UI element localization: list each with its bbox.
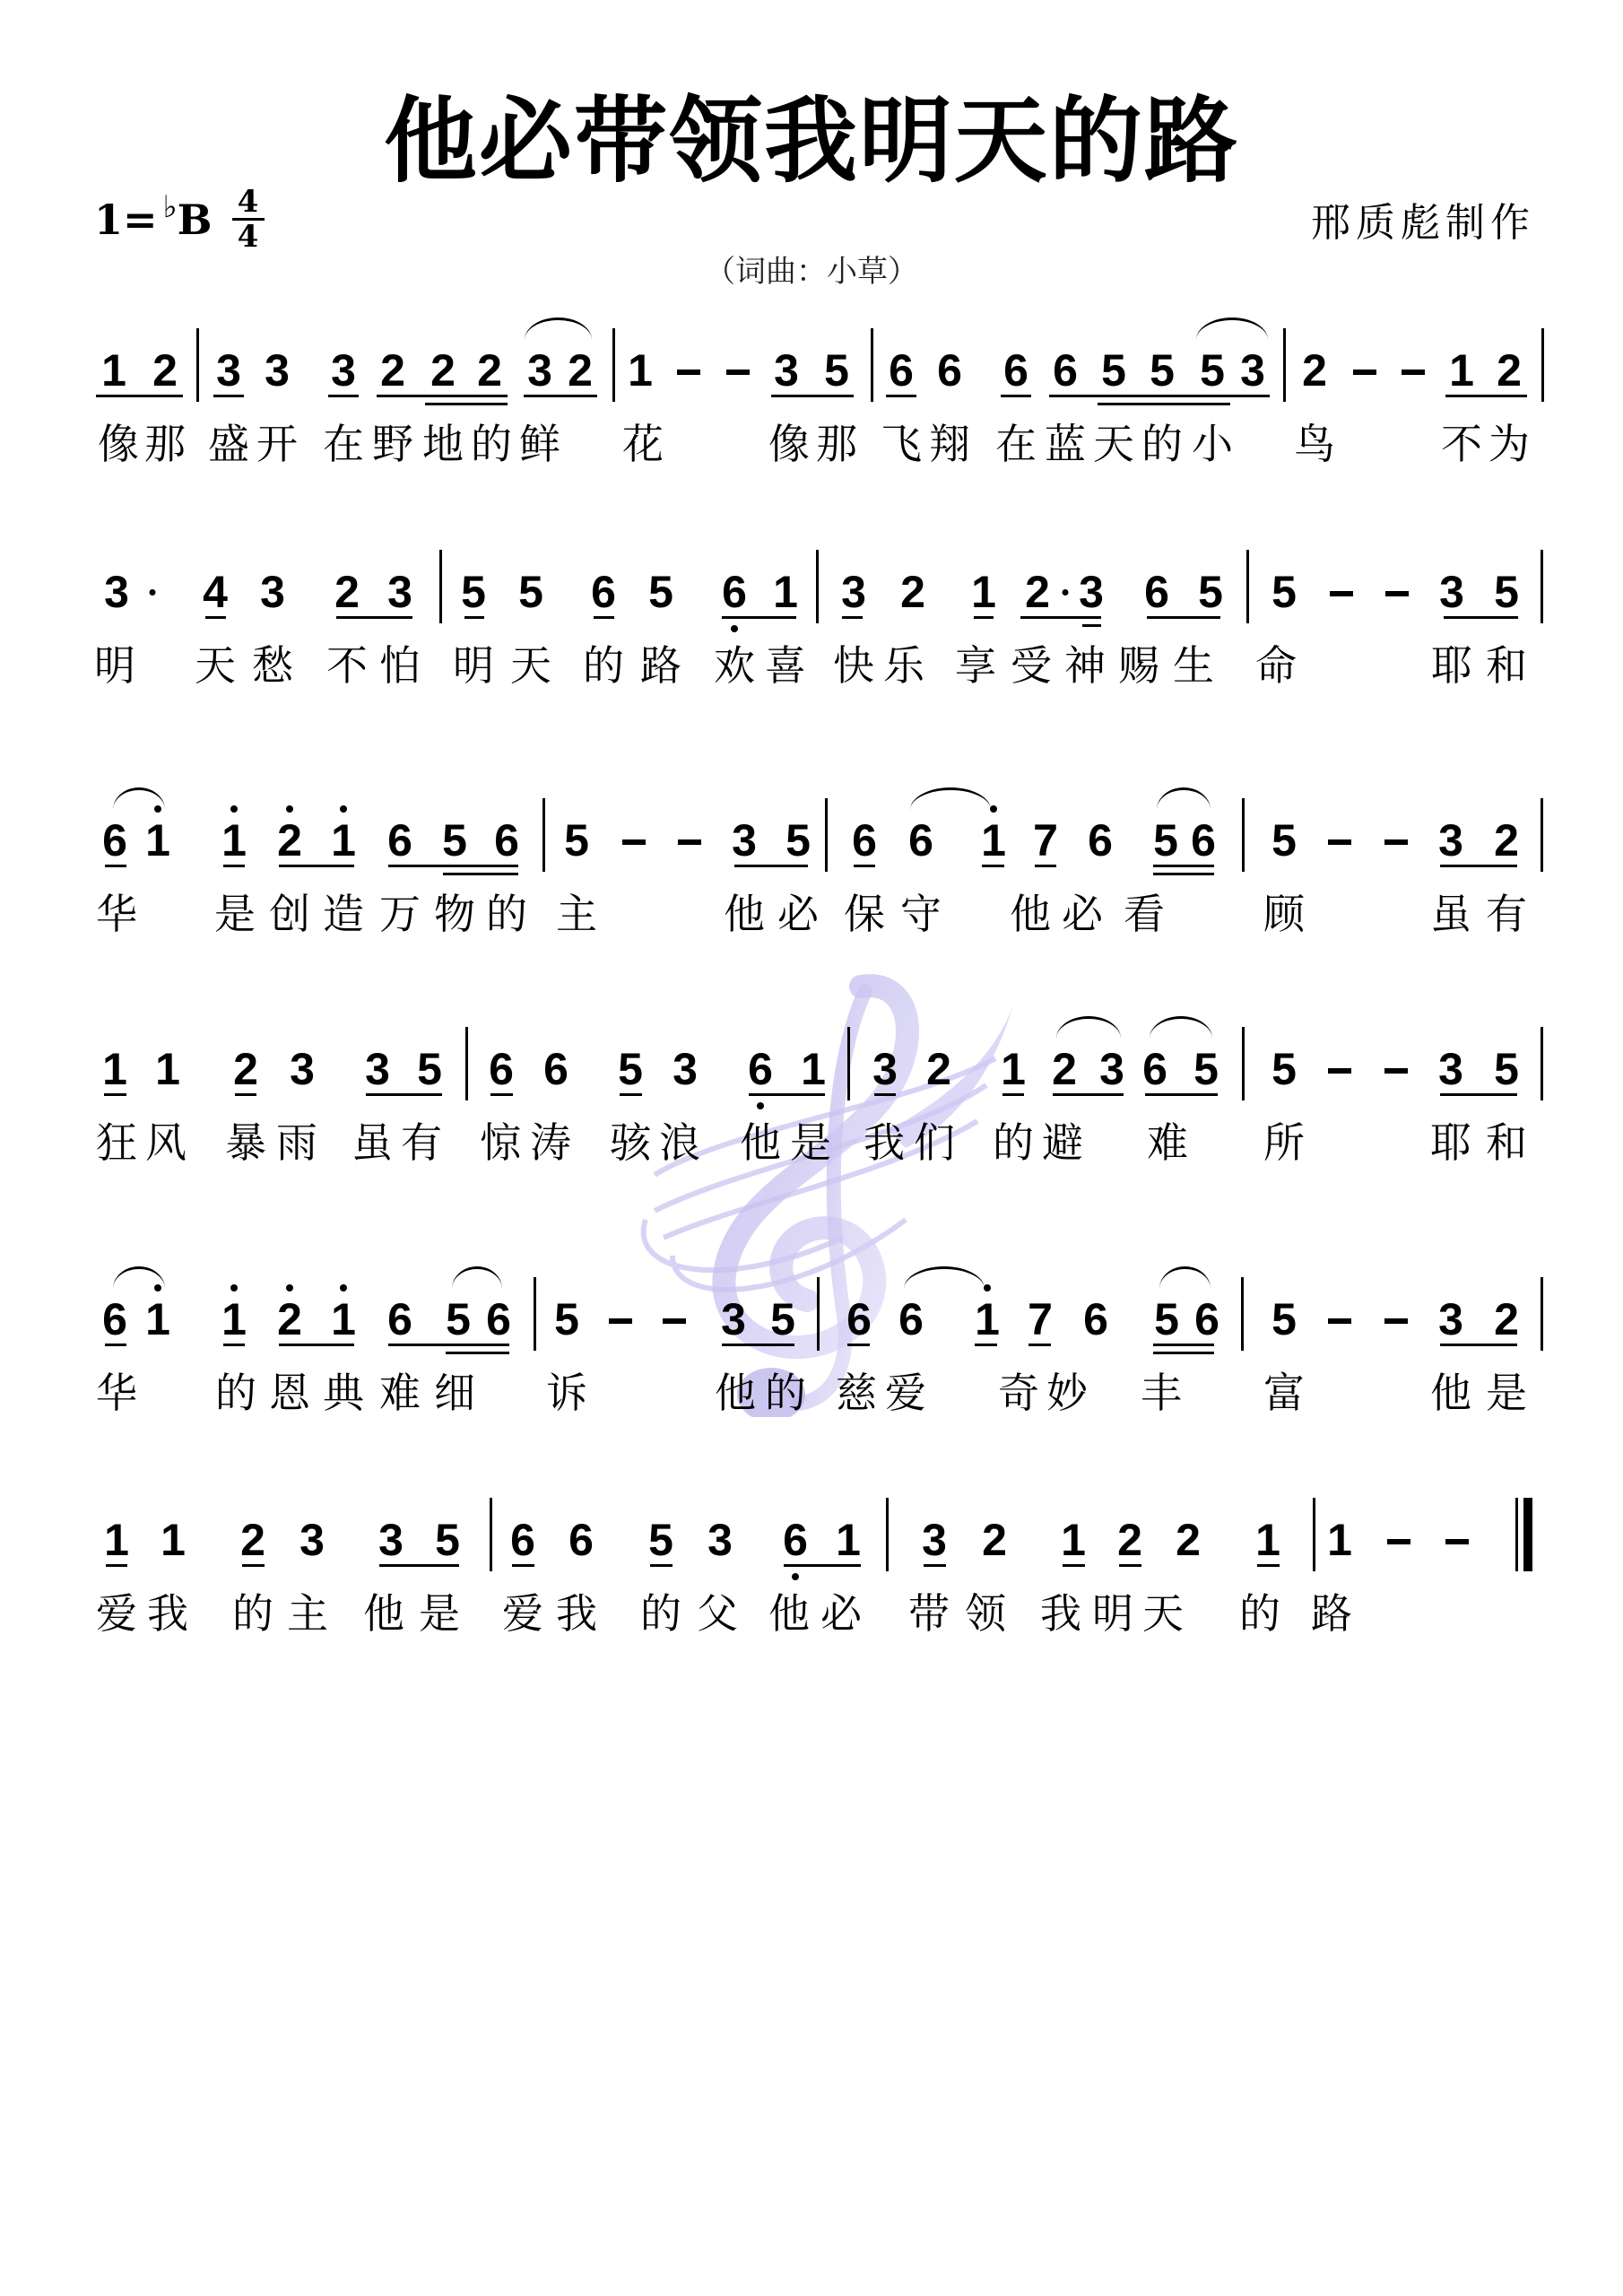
slur-arc xyxy=(904,1266,985,1289)
beam-underline xyxy=(464,616,484,619)
lyric-char: 万 xyxy=(379,893,421,935)
notation-row: 611216565356617656532华是创造万物的主他必保守他必看顾虽有 xyxy=(0,818,1623,997)
note-digit: 3 xyxy=(867,1047,903,1091)
lyric-char: 虽 xyxy=(1430,893,1471,935)
beam-underline xyxy=(1082,624,1101,627)
beam-underline xyxy=(1444,616,1518,619)
note-digit: 3 xyxy=(916,1518,952,1562)
beam-underline xyxy=(105,1344,126,1346)
note-digit: 5 xyxy=(1188,1047,1224,1091)
note-digit: 5 xyxy=(1266,818,1302,863)
lyric-char: 怕 xyxy=(379,645,421,686)
beam-underline xyxy=(722,1344,794,1346)
barline xyxy=(1313,1498,1315,1571)
barline xyxy=(886,1498,889,1571)
lyric-char: 的 xyxy=(486,893,527,935)
note-digit: 1 xyxy=(976,818,1011,863)
note-digit: 1 xyxy=(1322,1518,1358,1562)
beam-underline xyxy=(1153,873,1214,875)
note-digit: 5 xyxy=(1194,348,1230,393)
beam-underline xyxy=(490,1093,513,1096)
lyric-char: 虽 xyxy=(352,1122,393,1163)
note-digit: 5 xyxy=(437,818,473,863)
note-digit: 6 xyxy=(846,818,882,863)
slur-arc xyxy=(113,787,165,810)
lyrics-music-credit: （词曲：小草） xyxy=(0,247,1623,291)
lyric-char: 狂 xyxy=(96,1122,137,1163)
note-digit: 1 xyxy=(1055,1518,1091,1562)
lyric-char: 奇 xyxy=(998,1372,1039,1413)
lyric-char: 在 xyxy=(995,423,1037,465)
barline xyxy=(490,1498,492,1571)
lyric-char: 避 xyxy=(1042,1122,1083,1163)
note-digit: 2 xyxy=(329,570,365,614)
note-digit: 3 xyxy=(360,1047,395,1091)
lyric-char: 和 xyxy=(1486,645,1527,686)
note-digit: 6 xyxy=(483,1047,519,1091)
lyric-char: 耶 xyxy=(1430,1122,1471,1163)
notation-row: 611216565356617656532华的恩典难细诉他的慈爱奇妙丰富他是 xyxy=(0,1297,1623,1476)
note-digit: 2 xyxy=(1488,1297,1524,1342)
sustain-dash xyxy=(1353,370,1376,375)
augmentation-dot xyxy=(1063,589,1069,596)
beam-underline xyxy=(377,395,508,397)
note-digit: 6 xyxy=(97,1297,133,1342)
beam-underline xyxy=(722,616,796,619)
sustain-dash xyxy=(1384,839,1408,845)
note-digit: 3 xyxy=(1073,570,1109,614)
beam-underline xyxy=(366,1093,442,1096)
note-digit: 5 xyxy=(1266,1047,1302,1091)
note-digit: 2 xyxy=(272,818,308,863)
note-digit: 5 xyxy=(1144,348,1180,393)
note-digit: 6 xyxy=(716,570,752,614)
lyric-char: 不 xyxy=(326,645,368,686)
beam-underline xyxy=(379,1564,459,1567)
lyric-char: 的 xyxy=(471,423,512,465)
beam-underline xyxy=(279,865,354,867)
lyric-char: 爱 xyxy=(502,1593,543,1634)
beam-underline xyxy=(874,1093,896,1096)
note-digit: 2 xyxy=(228,1047,264,1091)
barline xyxy=(439,550,442,623)
lyric-char: 花 xyxy=(622,423,664,465)
slur-arc xyxy=(525,317,592,340)
lyric-char: 像 xyxy=(768,423,810,465)
lyric-char: 鲜 xyxy=(519,423,560,465)
lyric-char: 不 xyxy=(1441,423,1482,465)
note-digit: 1 xyxy=(99,1518,135,1562)
note-digit: 2 xyxy=(472,348,508,393)
note-digit: 1 xyxy=(155,1518,191,1562)
lyric-char: 我 xyxy=(864,1122,905,1163)
sustain-dash xyxy=(1328,839,1351,845)
lyric-char: 顾 xyxy=(1263,893,1305,935)
high-octave-dot xyxy=(286,1284,293,1291)
beam-underline xyxy=(512,1564,534,1567)
barline xyxy=(542,798,545,872)
beam-underline xyxy=(847,1344,870,1346)
note-digit: 3 xyxy=(1433,1047,1469,1091)
note-digit: 3 xyxy=(284,1047,320,1091)
lyric-char: 领 xyxy=(965,1593,1006,1634)
note-digit: 1 xyxy=(325,818,361,863)
barline xyxy=(1242,1027,1245,1100)
note-digit: 5 xyxy=(1488,1047,1524,1091)
lyric-char: 飞 xyxy=(881,423,922,465)
final-barline-thick xyxy=(1523,1498,1532,1571)
beam-underline xyxy=(1194,395,1270,397)
beam-underline xyxy=(328,395,359,397)
lyric-char: 天 xyxy=(195,645,236,686)
beam-underline xyxy=(854,865,875,867)
beam-underline xyxy=(242,1564,265,1567)
note-digit: 5 xyxy=(1149,1297,1185,1342)
note-digit: 6 xyxy=(586,570,621,614)
lyric-char: 华 xyxy=(96,1372,137,1413)
beam-underline xyxy=(842,616,863,619)
slur-arc xyxy=(1056,1016,1121,1039)
high-octave-dot xyxy=(340,1284,347,1291)
lyric-char: 耶 xyxy=(1431,645,1472,686)
beam-underline xyxy=(1440,1344,1517,1346)
lyric-char: 富 xyxy=(1263,1372,1305,1413)
note-digit: 6 xyxy=(1082,818,1118,863)
lyric-char: 必 xyxy=(820,1593,862,1634)
lyric-char: 像 xyxy=(98,423,139,465)
notation-row: 343235565613212365535明天愁不怕明天的路欢喜快乐享受神赐生命… xyxy=(0,570,1623,749)
lyric-char: 所 xyxy=(1263,1122,1305,1163)
beam-underline xyxy=(1145,1093,1218,1096)
slur-arc xyxy=(1150,1016,1212,1039)
note-digit: 3 xyxy=(1235,348,1271,393)
beam-underline xyxy=(443,873,518,875)
barline xyxy=(816,550,819,623)
note-digit: 6 xyxy=(742,1047,778,1091)
barline xyxy=(1283,328,1286,402)
sustain-dash xyxy=(609,1318,632,1324)
lyric-char: 的 xyxy=(215,1372,256,1413)
lyric-char: 路 xyxy=(1311,1593,1352,1634)
note-digit: 5 xyxy=(780,818,816,863)
augmentation-dot xyxy=(150,589,156,596)
lyric-char: 的 xyxy=(640,1593,681,1634)
note-digit: 2 xyxy=(375,348,411,393)
note-digit: 6 xyxy=(1189,1297,1225,1342)
lyric-char: 的 xyxy=(765,1372,806,1413)
lyric-char: 父 xyxy=(697,1593,738,1634)
barline xyxy=(1242,798,1245,872)
note-digit: 3 xyxy=(382,570,418,614)
note-digit: 2 xyxy=(1297,348,1332,393)
lyric-char: 是 xyxy=(790,1122,831,1163)
note-digit: 3 xyxy=(294,1518,330,1562)
low-octave-dot xyxy=(731,625,738,632)
note-digit: 2 xyxy=(1170,1518,1206,1562)
sustain-dash xyxy=(1330,591,1353,596)
key-signature: 1= ♭ B 4 4 xyxy=(94,187,265,252)
note-digit: 6 xyxy=(883,348,919,393)
beam-underline xyxy=(886,395,916,397)
lyric-char: 他 xyxy=(740,1122,781,1163)
low-octave-dot xyxy=(792,1573,799,1580)
note-digit: 2 xyxy=(147,348,183,393)
note-digit: 6 xyxy=(538,1047,574,1091)
note-digit: 2 xyxy=(921,1047,957,1091)
lyric-char: 妙 xyxy=(1046,1372,1088,1413)
lyric-char: 他 xyxy=(363,1593,404,1634)
notation-row: 123332223213566665553212像那盛开在野地的鲜花像那飞翔在蓝… xyxy=(0,348,1623,527)
beam-underline xyxy=(1098,403,1230,405)
lyric-char: 们 xyxy=(914,1122,955,1163)
note-digit: 2 xyxy=(425,348,461,393)
note-digit: 1 xyxy=(150,1047,186,1091)
high-octave-dot xyxy=(286,805,293,813)
lyric-char: 是 xyxy=(214,893,256,935)
note-digit: 2 xyxy=(1020,570,1055,614)
barline xyxy=(817,1277,820,1351)
note-digit: 2 xyxy=(272,1297,308,1342)
lyric-char: 爱 xyxy=(96,1593,137,1634)
beam-underline xyxy=(1440,1093,1517,1096)
lyric-char: 的 xyxy=(1141,423,1183,465)
lyric-char: 带 xyxy=(908,1593,950,1634)
note-digit: 5 xyxy=(1148,818,1184,863)
note-digit: 1 xyxy=(768,570,803,614)
lyric-char: 的 xyxy=(993,1122,1034,1163)
lyric-char: 细 xyxy=(434,1372,475,1413)
lyric-char: 盛 xyxy=(208,423,249,465)
barline xyxy=(871,328,873,402)
lyric-char: 生 xyxy=(1173,645,1214,686)
lyric-char: 明 xyxy=(453,645,494,686)
lyric-char: 骇 xyxy=(610,1122,651,1163)
note-digit: 2 xyxy=(1046,1047,1082,1091)
note-digit: 1 xyxy=(1444,348,1480,393)
note-digit: 3 xyxy=(99,570,135,614)
lyric-char: 喜 xyxy=(765,645,806,686)
note-digit: 6 xyxy=(903,818,939,863)
beam-underline xyxy=(235,1093,256,1096)
beam-underline xyxy=(388,1344,509,1346)
note-digit: 3 xyxy=(1434,570,1470,614)
lyric-char: 天 xyxy=(1093,423,1134,465)
note-digit: 3 xyxy=(836,570,872,614)
barline xyxy=(825,798,828,872)
beam-underline xyxy=(771,395,854,397)
beam-underline xyxy=(106,1564,127,1567)
lyric-char: 愁 xyxy=(252,645,293,686)
slur-arc xyxy=(1196,317,1268,340)
note-digit: 5 xyxy=(430,1518,465,1562)
beam-underline xyxy=(388,865,518,867)
note-digit: 5 xyxy=(513,570,549,614)
note-digit: 1 xyxy=(795,1047,831,1091)
lyric-char: 保 xyxy=(844,893,885,935)
lyric-char: 在 xyxy=(323,423,364,465)
lyric-char: 路 xyxy=(640,645,681,686)
note-digit: 7 xyxy=(1022,1297,1058,1342)
barline xyxy=(1246,550,1249,623)
note-digit: 2 xyxy=(235,1518,271,1562)
lyric-char: 是 xyxy=(1486,1372,1527,1413)
note-digit: 5 xyxy=(643,1518,679,1562)
beam-underline xyxy=(974,616,994,619)
beam-underline xyxy=(105,865,126,867)
lyric-char: 必 xyxy=(777,893,819,935)
lyric-char: 诉 xyxy=(546,1372,587,1413)
note-digit: 5 xyxy=(765,1297,801,1342)
note-digit: 1 xyxy=(96,348,132,393)
note-digit: 4 xyxy=(197,570,233,614)
lyric-char: 明 xyxy=(1092,1593,1133,1634)
flat-icon: ♭ xyxy=(163,192,178,222)
note-digit: 2 xyxy=(562,348,598,393)
lyric-char: 风 xyxy=(145,1122,187,1163)
lyric-char: 主 xyxy=(556,893,597,935)
barline xyxy=(1541,798,1543,872)
barline xyxy=(1541,328,1544,402)
sustain-dash xyxy=(678,839,701,845)
lyric-char: 乐 xyxy=(883,645,924,686)
beam-underline xyxy=(924,1564,946,1567)
sustain-dash xyxy=(1384,1068,1408,1074)
lyric-char: 涛 xyxy=(530,1122,571,1163)
note-digit: 3 xyxy=(702,1518,738,1562)
lyric-char: 我 xyxy=(556,1593,597,1634)
note-digit: 1 xyxy=(622,348,658,393)
lyric-char: 神 xyxy=(1064,645,1106,686)
lyric-char: 爱 xyxy=(885,1372,926,1413)
lyric-char: 是 xyxy=(419,1593,460,1634)
sustain-dash xyxy=(1328,1318,1351,1324)
note-digit: 3 xyxy=(768,348,804,393)
note-digit: 6 xyxy=(489,818,525,863)
beam-underline xyxy=(213,395,244,397)
barline xyxy=(196,328,199,402)
barline xyxy=(1541,1277,1543,1351)
note-digit: 6 xyxy=(841,1297,877,1342)
lyric-char: 华 xyxy=(96,893,137,935)
beam-underline xyxy=(223,865,245,867)
note-digit: 6 xyxy=(893,1297,929,1342)
beam-underline xyxy=(1028,1344,1051,1346)
lyric-char: 享 xyxy=(955,645,996,686)
note-digit: 3 xyxy=(1433,818,1469,863)
lyric-char: 有 xyxy=(1486,893,1527,935)
note-digit: 6 xyxy=(932,348,968,393)
beam-underline xyxy=(1153,1352,1214,1354)
beam-underline xyxy=(1001,395,1031,397)
note-digit: 5 xyxy=(440,1297,476,1342)
note-digit: 5 xyxy=(1096,348,1132,393)
beam-underline xyxy=(749,1093,825,1096)
note-digit: 1 xyxy=(140,1297,176,1342)
lyric-char: 为 xyxy=(1488,423,1530,465)
beam-underline xyxy=(650,1564,673,1567)
lyric-char: 难 xyxy=(1147,1122,1188,1163)
barline xyxy=(1241,1277,1244,1351)
time-signature-top: 4 xyxy=(238,187,259,217)
note-digit: 6 xyxy=(563,1518,599,1562)
beam-underline xyxy=(620,1093,642,1096)
note-digit: 3 xyxy=(325,348,361,393)
author-credit: 邢质彪制作 xyxy=(1311,190,1535,248)
note-digit: 5 xyxy=(549,1297,585,1342)
lyric-char: 主 xyxy=(287,1593,328,1634)
slur-arc xyxy=(452,1266,502,1289)
beam-underline xyxy=(784,1564,861,1567)
beam-underline xyxy=(446,1352,509,1354)
note-digit: 2 xyxy=(1491,348,1527,393)
note-digit: 6 xyxy=(1078,1297,1114,1342)
lyric-char: 翔 xyxy=(929,423,970,465)
lyric-char: 欢 xyxy=(714,645,755,686)
note-digit: 5 xyxy=(456,570,491,614)
sustain-dash xyxy=(1385,591,1409,596)
lyric-char: 造 xyxy=(323,893,364,935)
note-digit: 3 xyxy=(522,348,558,393)
song-title: 他必带领我明天的路 xyxy=(0,94,1623,187)
note-digit: 6 xyxy=(777,1518,813,1562)
slur-arc xyxy=(1157,787,1211,810)
sustain-dash xyxy=(726,370,750,375)
note-digit: 6 xyxy=(97,818,133,863)
note-digit: 6 xyxy=(998,348,1034,393)
lyric-char: 暴 xyxy=(225,1122,266,1163)
lyric-char: 恩 xyxy=(269,1372,310,1413)
note-digit: 5 xyxy=(819,348,855,393)
low-octave-dot xyxy=(757,1102,764,1109)
lyric-char: 和 xyxy=(1486,1122,1527,1163)
lyric-char: 必 xyxy=(1062,893,1103,935)
sustain-dash xyxy=(1402,370,1425,375)
lyric-char: 那 xyxy=(144,423,186,465)
beam-underline xyxy=(1153,1344,1214,1346)
slur-arc xyxy=(113,1266,165,1289)
lyric-char: 我 xyxy=(1040,1593,1081,1634)
high-octave-dot xyxy=(340,805,347,813)
barline xyxy=(465,1027,468,1100)
lyric-char: 蓝 xyxy=(1045,423,1086,465)
barline xyxy=(612,328,615,402)
beam-underline xyxy=(1153,865,1214,867)
note-digit: 3 xyxy=(667,1047,703,1091)
lyric-char: 的 xyxy=(1239,1593,1280,1634)
lyric-char: 典 xyxy=(323,1372,364,1413)
sustain-dash xyxy=(1328,1068,1351,1074)
lyric-char: 野 xyxy=(372,423,413,465)
lyric-char: 命 xyxy=(1255,645,1297,686)
note-digit: 5 xyxy=(1266,1297,1302,1342)
note-digit: 3 xyxy=(1094,1047,1130,1091)
beam-underline xyxy=(594,616,614,619)
slur-arc xyxy=(1159,1266,1211,1289)
lyric-char: 快 xyxy=(833,645,874,686)
beam-underline xyxy=(104,1093,126,1096)
beam-underline xyxy=(1035,865,1056,867)
sustain-dash xyxy=(677,370,700,375)
lyric-char: 的 xyxy=(583,645,624,686)
lyric-char: 他 xyxy=(768,1593,810,1634)
note-digit: 3 xyxy=(255,570,291,614)
beam-underline xyxy=(982,865,1004,867)
beam-underline xyxy=(1053,1093,1124,1096)
beam-underline xyxy=(975,1344,997,1346)
key-note: B xyxy=(178,199,213,240)
note-digit: 3 xyxy=(726,818,762,863)
beam-underline xyxy=(1020,616,1101,619)
